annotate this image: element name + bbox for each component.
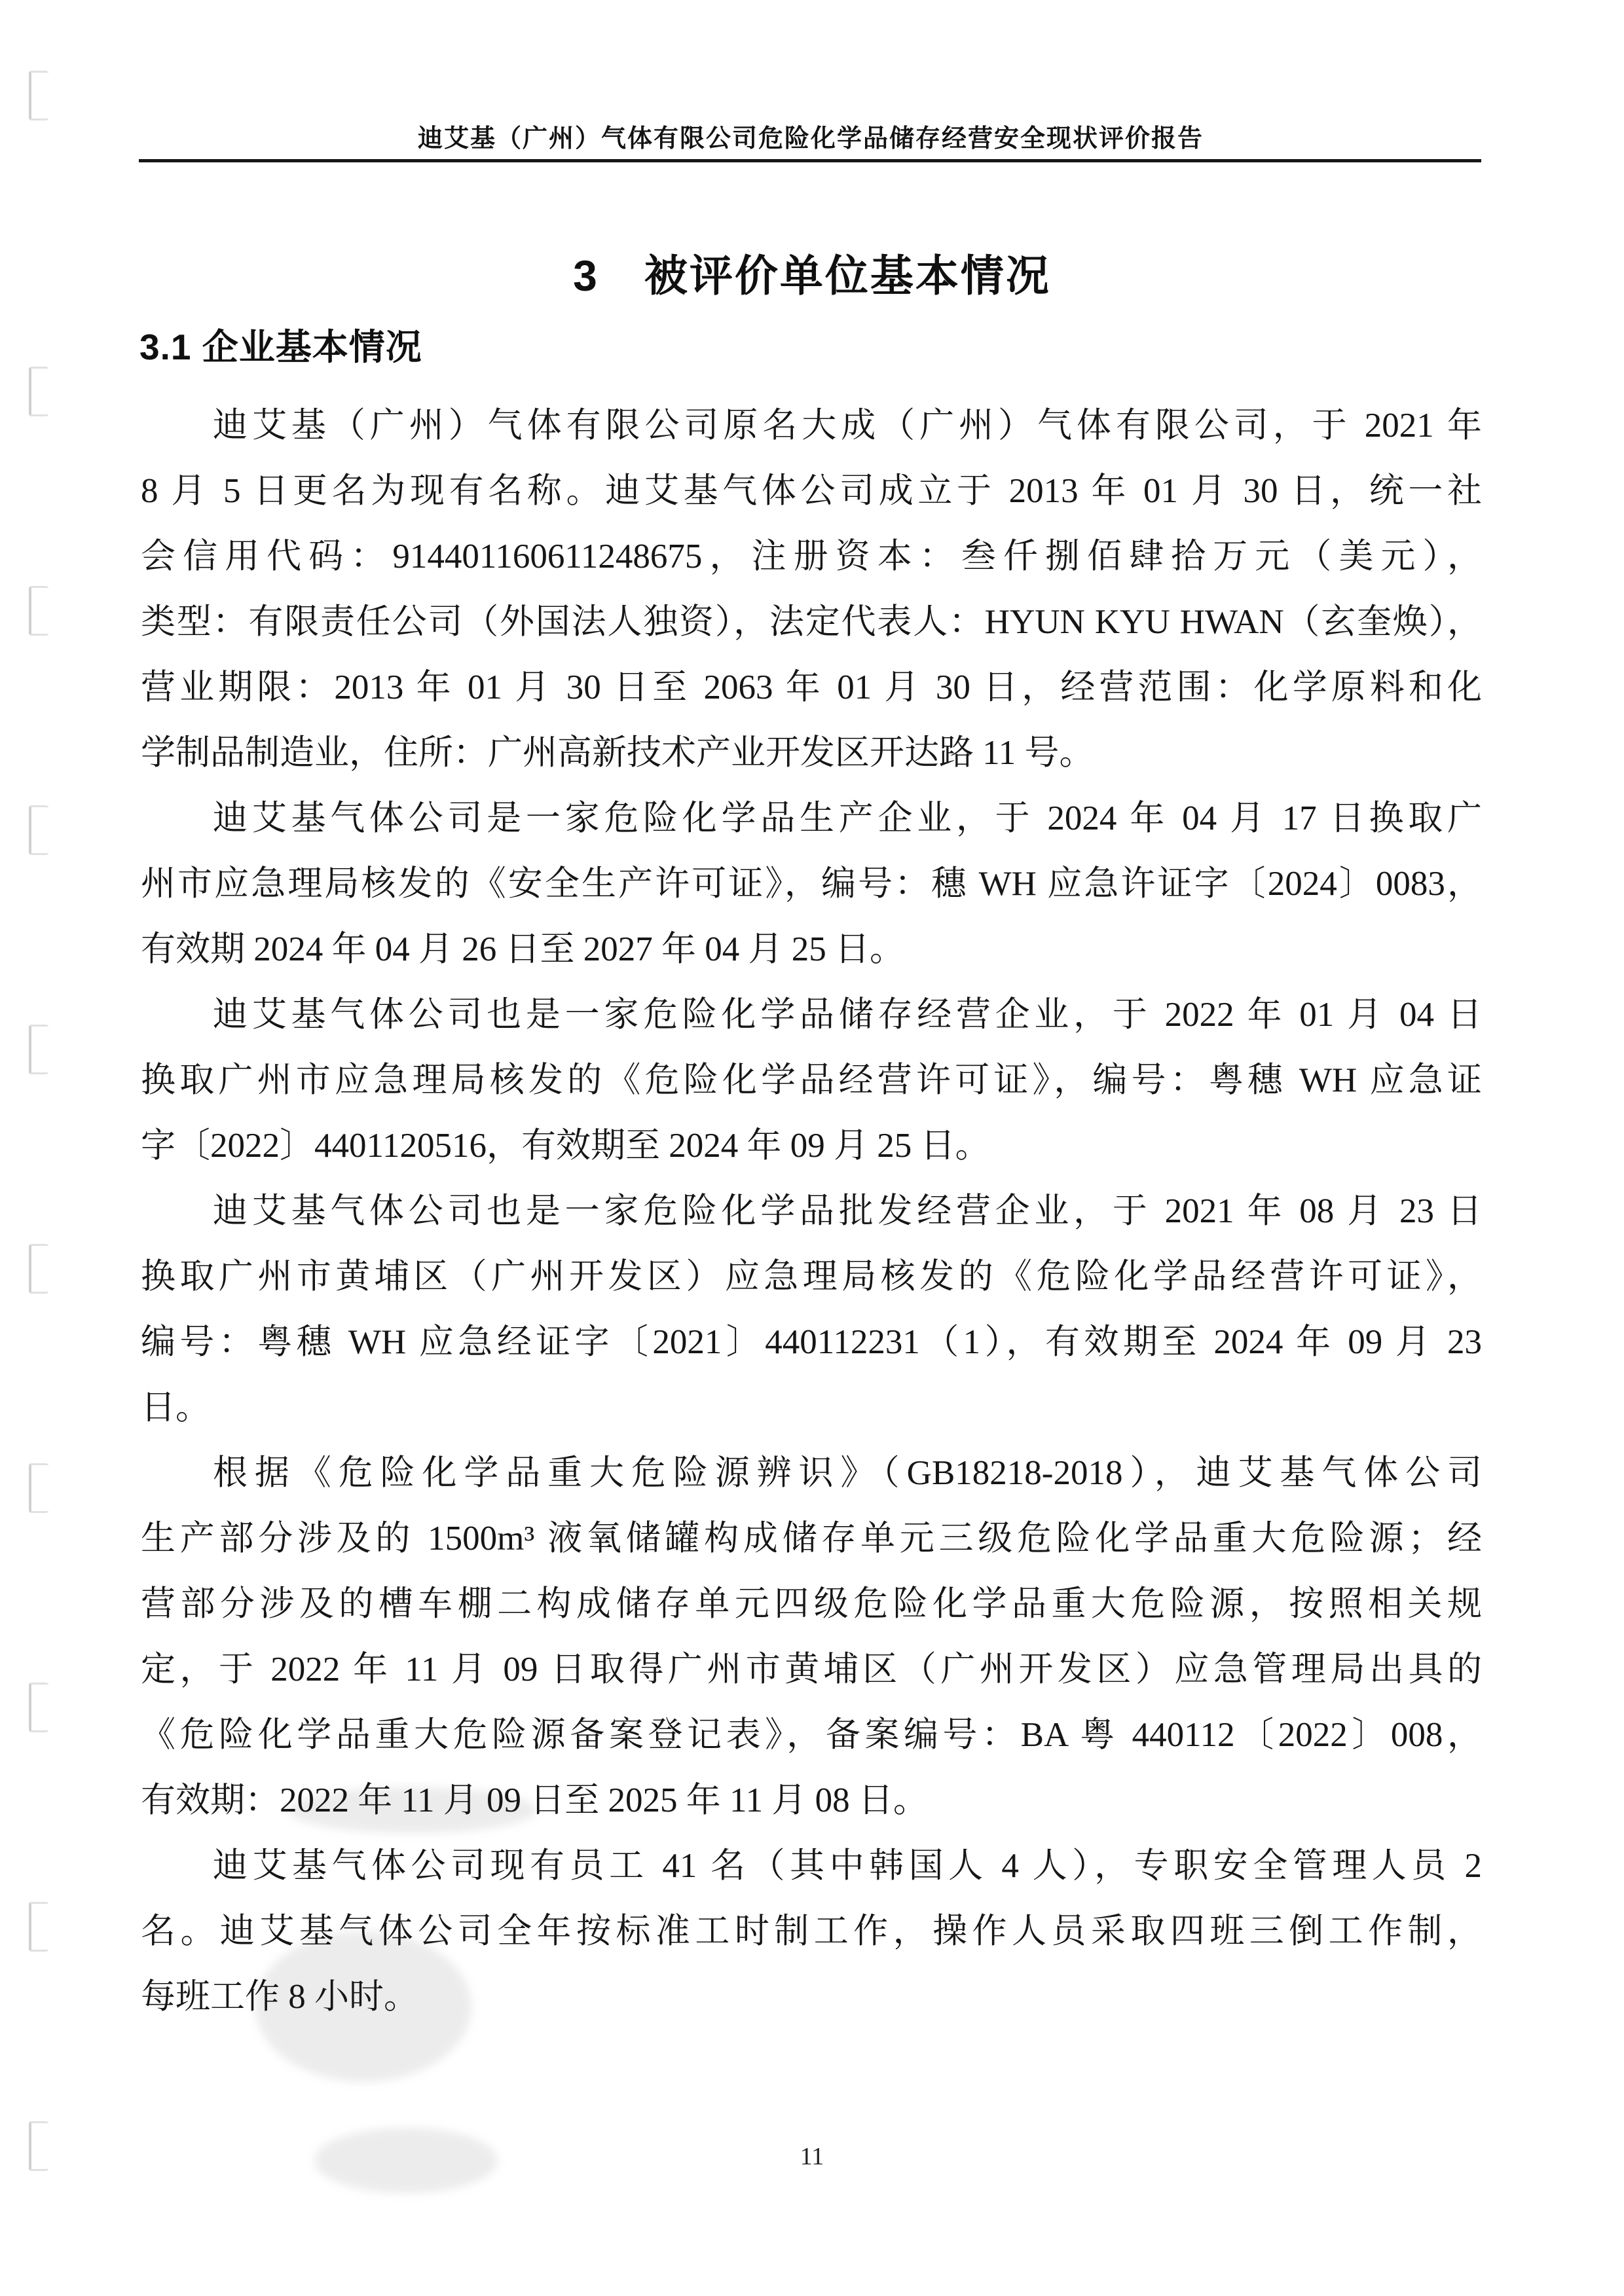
section-title: 3.1 企业基本情况 <box>139 318 422 370</box>
body-line: 迪艾基气体公司是一家危险化学品生产企业，于 2024 年 04 月 17 日换取… <box>141 786 1482 851</box>
body-line: 迪艾基气体公司也是一家危险化学品储存经营企业，于 2022 年 01 月 04 … <box>141 982 1482 1048</box>
body-line: 会信用代码：914401160611248675，注册资本：叁仟捌佰肆拾万元（美… <box>141 524 1482 589</box>
body-line: 营业期限：2013 年 01 月 30 日至 2063 年 01 月 30 日，… <box>141 655 1482 720</box>
report-header-title: 迪艾基（广州）气体有限公司危险化学品储存经营安全现状评价报告 <box>141 118 1481 154</box>
scan-artifact-mark <box>29 1902 48 1952</box>
body-line: 字〔2022〕4401120516，有效期至 2024 年 09 月 25 日。 <box>141 1113 1482 1178</box>
scan-artifact-mark <box>29 586 48 636</box>
scan-artifact-mark <box>29 367 48 416</box>
body-line: 类型：有限责任公司（外国法人独资），法定代表人：HYUN KYU HWAN（玄奎… <box>141 589 1482 655</box>
scan-artifact-mark <box>29 1463 48 1513</box>
scan-artifact-mark <box>29 1683 48 1732</box>
body-line: 州市应急理局核发的《安全生产许可证》，编号：穗 WH 应急许证字〔2024〕00… <box>141 851 1482 917</box>
header-divider <box>139 159 1481 162</box>
body-line: 换取广州市黄埔区（广州开发区）应急理局核发的《危险化学品经营许可证》， <box>141 1244 1482 1309</box>
body-line: 有效期：2022 年 11 月 09 日至 2025 年 11 月 08 日。 <box>141 1768 1482 1833</box>
body-line: 生产部分涉及的 1500m³ 液氧储罐构成储存单元三级危险化学品重大危险源；经 <box>141 1506 1482 1571</box>
page-number: 11 <box>0 2142 1624 2171</box>
body-line: 每班工作 8 小时。 <box>141 1964 1482 2030</box>
body-line: 换取广州市应急理局核发的《危险化学品经营许可证》，编号：粤穗 WH 应急证 <box>141 1048 1482 1113</box>
body-line: 8 月 5 日更名为现有名称。迪艾基气体公司成立于 2013 年 01 月 30… <box>141 458 1482 524</box>
body-line: 名。迪艾基气体公司全年按标准工时制工作，操作人员采取四班三倒工作制， <box>141 1899 1482 1964</box>
body-line: 学制品制造业，住所：广州高新技术产业开发区开达路 11 号。 <box>141 720 1482 786</box>
body-line: 定，于 2022 年 11 月 09 日取得广州市黄埔区（广州开发区）应急管理局… <box>141 1637 1482 1702</box>
body-line: 根据《危险化学品重大危险源辨识》（GB18218-2018），迪艾基气体公司 <box>141 1440 1482 1506</box>
scan-artifact-mark <box>29 1025 48 1074</box>
body-line: 迪艾基（广州）气体有限公司原名大成（广州）气体有限公司，于 2021 年 <box>141 393 1482 458</box>
body-line: 有效期 2024 年 04 月 26 日至 2027 年 04 月 25 日。 <box>141 917 1482 982</box>
scan-artifact-mark <box>29 1244 48 1294</box>
document-body: 迪艾基（广州）气体有限公司原名大成（广州）气体有限公司，于 2021 年 8 月… <box>141 393 1482 2030</box>
body-line: 迪艾基气体公司也是一家危险化学品批发经营企业，于 2021 年 08 月 23 … <box>141 1178 1482 1244</box>
scan-artifact-mark <box>29 71 48 120</box>
body-line: 营部分涉及的槽车棚二构成储存单元四级危险化学品重大危险源，按照相关规 <box>141 1571 1482 1637</box>
body-line: 《危险化学品重大危险源备案登记表》，备案编号：BA 粤 440112〔2022〕… <box>141 1702 1482 1768</box>
body-line: 日。 <box>141 1375 1482 1440</box>
chapter-title: 3 被评价单位基本情况 <box>0 241 1624 303</box>
body-line: 编号：粤穗 WH 应急经证字〔2021〕440112231（1），有效期至 20… <box>141 1309 1482 1375</box>
scan-artifact-mark <box>29 805 48 855</box>
body-line: 迪艾基气体公司现有员工 41 名（其中韩国人 4 人），专职安全管理人员 2 <box>141 1833 1482 1899</box>
